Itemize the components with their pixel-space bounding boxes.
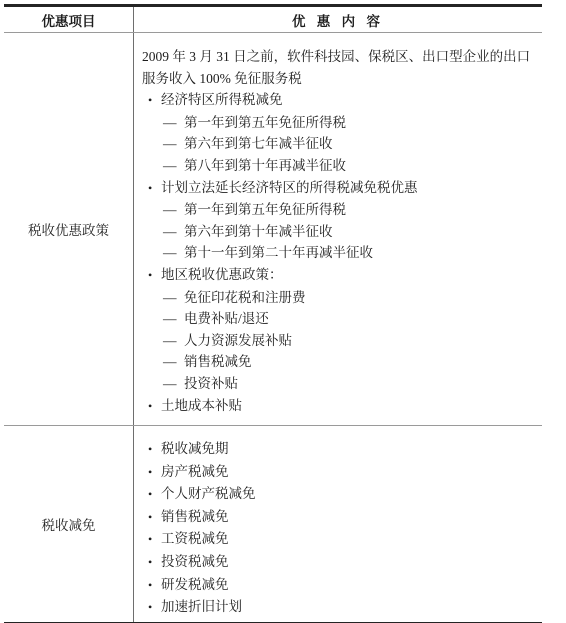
list-item-text: 个人财产税减免 xyxy=(161,486,256,501)
bullet-icon: • xyxy=(148,396,161,418)
dash-icon: — xyxy=(163,330,184,352)
list-item-text: 第六年到第十年减半征收 xyxy=(184,224,333,239)
list-item: •加速折旧计划 xyxy=(142,596,532,619)
list-item: •计划立法延长经济特区的所得税减免税优惠 xyxy=(142,177,532,200)
dash-icon: — xyxy=(163,242,184,264)
list-item: —第一年到第五年免征所得税 xyxy=(142,199,532,221)
list-item-text: 人力资源发展补贴 xyxy=(184,333,292,348)
list-item-text: 加速折旧计划 xyxy=(161,599,242,614)
list-item: —销售税减免 xyxy=(142,351,532,373)
list-item: •研发税减免 xyxy=(142,574,532,597)
list-item: •经济特区所得税减免 xyxy=(142,89,532,112)
bullet-icon: • xyxy=(148,529,161,551)
list-item: —投资补贴 xyxy=(142,373,532,395)
list-item-text: 计划立法延长经济特区的所得税减免税优惠 xyxy=(161,180,418,195)
intro-paragraph: 2009 年 3 月 31 日之前，软件科技园、保税区、出口型企业的出口服务收入… xyxy=(142,46,532,89)
tax-incentives-table: 优惠项目 优 惠 内 容 税收优惠政策 2009 年 3 月 31 日之前，软件… xyxy=(4,4,542,623)
list-item-text: 第八年到第十年再减半征收 xyxy=(184,158,346,173)
list-item: —免征印花税和注册费 xyxy=(142,287,532,309)
row-content: •税收减免期 •房产税减免 •个人财产税减免 •销售税减免 •工资税减免 •投资… xyxy=(134,426,542,622)
header-incentive-content: 优 惠 内 容 xyxy=(134,7,542,32)
dash-icon: — xyxy=(163,221,184,243)
list-item: —第六年到第七年减半征收 xyxy=(142,133,532,155)
list-item-text: 房产税减免 xyxy=(161,464,229,479)
list-item: —第十一年到第二十年再减半征收 xyxy=(142,242,532,264)
bullet-icon: • xyxy=(148,575,161,597)
dash-icon: — xyxy=(163,133,184,155)
list-item: —第六年到第十年减半征收 xyxy=(142,221,532,243)
list-item-text: 税收减免期 xyxy=(161,441,229,456)
list-item: —电费补贴/退还 xyxy=(142,308,532,330)
row-tax-reduction: 税收减免 •税收减免期 •房产税减免 •个人财产税减免 •销售税减免 •工资税减… xyxy=(4,426,542,622)
row-tax-incentive-policy: 税收优惠政策 2009 年 3 月 31 日之前，软件科技园、保税区、出口型企业… xyxy=(4,33,542,426)
list-item: •工资税减免 xyxy=(142,528,532,551)
list-item-text: 第十一年到第二十年再减半征收 xyxy=(184,245,373,260)
row-content: 2009 年 3 月 31 日之前，软件科技园、保税区、出口型企业的出口服务收入… xyxy=(134,33,542,425)
list-item-text: 免征印花税和注册费 xyxy=(184,290,306,305)
dash-icon: — xyxy=(163,373,184,395)
list-item-text: 电费补贴/退还 xyxy=(184,311,269,326)
bullet-icon: • xyxy=(148,507,161,529)
list-item: •投资税减免 xyxy=(142,551,532,574)
dash-icon: — xyxy=(163,199,184,221)
bullet-icon: • xyxy=(148,462,161,484)
list-item-text: 投资补贴 xyxy=(184,376,238,391)
list-item: —第一年到第五年免征所得税 xyxy=(142,112,532,134)
bullet-icon: • xyxy=(148,90,161,112)
row-label: 税收减免 xyxy=(4,426,134,622)
list-item-text: 研发税减免 xyxy=(161,577,229,592)
list-item-text: 投资税减免 xyxy=(161,554,229,569)
list-item: —第八年到第十年再减半征收 xyxy=(142,155,532,177)
list-item-text: 土地成本补贴 xyxy=(161,398,242,413)
list-item-text: 销售税减免 xyxy=(184,354,252,369)
list-item-text: 第一年到第五年免征所得税 xyxy=(184,202,346,217)
list-item-text: 工资税减免 xyxy=(161,531,229,546)
bullet-icon: • xyxy=(148,178,161,200)
dash-icon: — xyxy=(163,308,184,330)
dash-icon: — xyxy=(163,351,184,373)
table-header-row: 优惠项目 优 惠 内 容 xyxy=(4,7,542,33)
bullet-icon: • xyxy=(148,552,161,574)
list-item-text: 销售税减免 xyxy=(161,509,229,524)
bullet-icon: • xyxy=(148,597,161,619)
row-label: 税收优惠政策 xyxy=(4,33,134,425)
dash-icon: — xyxy=(163,155,184,177)
dash-icon: — xyxy=(163,112,184,134)
list-item: •税收减免期 xyxy=(142,438,532,461)
list-item: •个人财产税减免 xyxy=(142,483,532,506)
bullet-icon: • xyxy=(148,484,161,506)
list-item: •销售税减免 xyxy=(142,506,532,529)
list-item-text: 地区税收优惠政策： xyxy=(161,267,283,282)
dash-icon: — xyxy=(163,287,184,309)
bullet-icon: • xyxy=(148,439,161,461)
list-item-text: 第六年到第七年减半征收 xyxy=(184,136,333,151)
list-item-text: 第一年到第五年免征所得税 xyxy=(184,115,346,130)
list-item: —人力资源发展补贴 xyxy=(142,330,532,352)
list-item: •土地成本补贴 xyxy=(142,395,532,418)
bullet-icon: • xyxy=(148,265,161,287)
list-item: •房产税减免 xyxy=(142,461,532,484)
header-incentive-item: 优惠项目 xyxy=(4,7,134,32)
list-item: •地区税收优惠政策： xyxy=(142,264,532,287)
list-item-text: 经济特区所得税减免 xyxy=(161,92,283,107)
